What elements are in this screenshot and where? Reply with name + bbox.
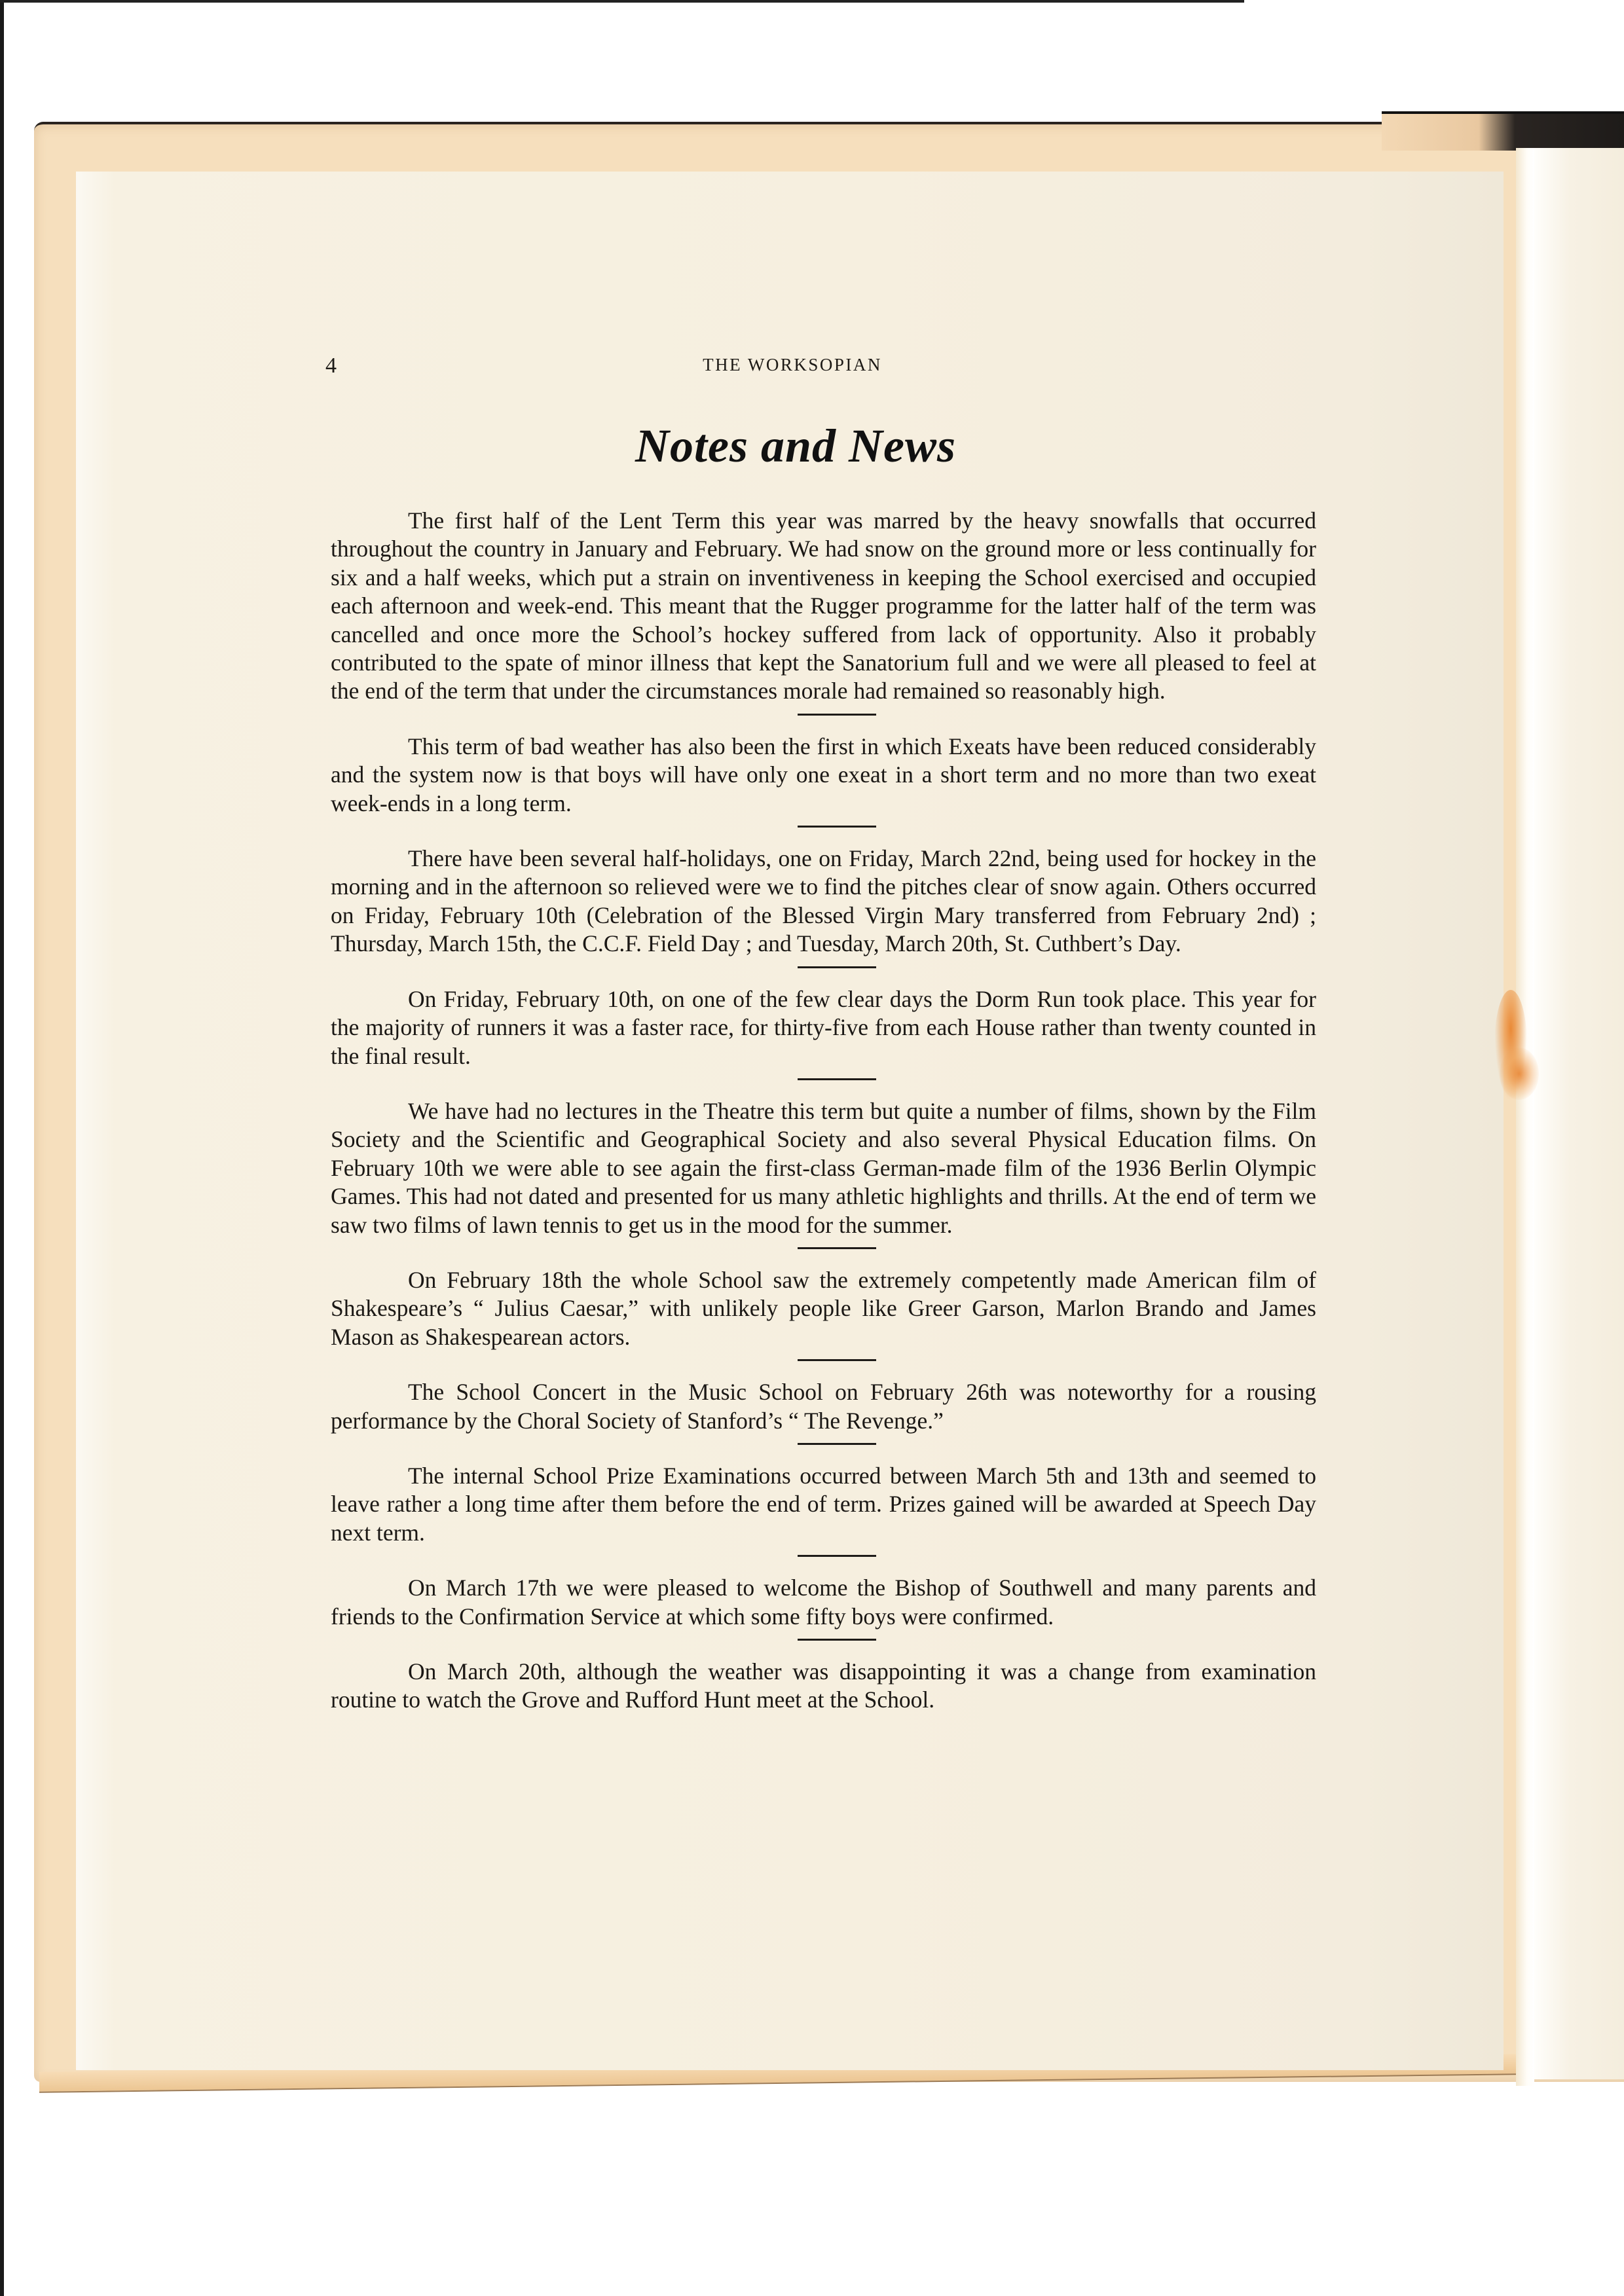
section-rule — [798, 1359, 876, 1361]
section-rule — [798, 1443, 876, 1445]
section-rule — [798, 826, 876, 828]
paragraph: The School Concert in the Music School o… — [331, 1378, 1316, 1435]
section-rule — [798, 714, 876, 716]
rust-stain — [1500, 1048, 1539, 1100]
section-rule — [798, 1078, 876, 1080]
paragraph: On March 20th, although the weather was … — [331, 1658, 1316, 1715]
scanner-edge — [0, 0, 4, 2296]
section-rule — [798, 1555, 876, 1557]
running-head: THE WORKSOPIAN — [0, 355, 1624, 375]
next-page-top-edge — [1382, 111, 1624, 151]
section-rule — [798, 966, 876, 968]
paragraph: On Friday, February 10th, on one of the … — [331, 985, 1316, 1070]
article-title: Notes and News — [0, 419, 1624, 473]
paragraph: The first half of the Lent Term this yea… — [331, 507, 1316, 706]
paragraph: We have had no lectures in the Theatre t… — [331, 1097, 1316, 1239]
paragraph: This term of bad weather has also been t… — [331, 733, 1316, 818]
scanner-top-edge — [0, 0, 1244, 3]
paragraph: On February 18th the whole School saw th… — [331, 1266, 1316, 1351]
paragraph: On March 17th we were pleased to welcome… — [331, 1574, 1316, 1631]
section-rule — [798, 1639, 876, 1641]
paragraph: The internal School Prize Examinations o… — [331, 1462, 1316, 1547]
section-rule — [798, 1247, 876, 1249]
article-body: The first half of the Lent Term this yea… — [331, 507, 1316, 1715]
paragraph: There have been several half-holidays, o… — [331, 845, 1316, 958]
